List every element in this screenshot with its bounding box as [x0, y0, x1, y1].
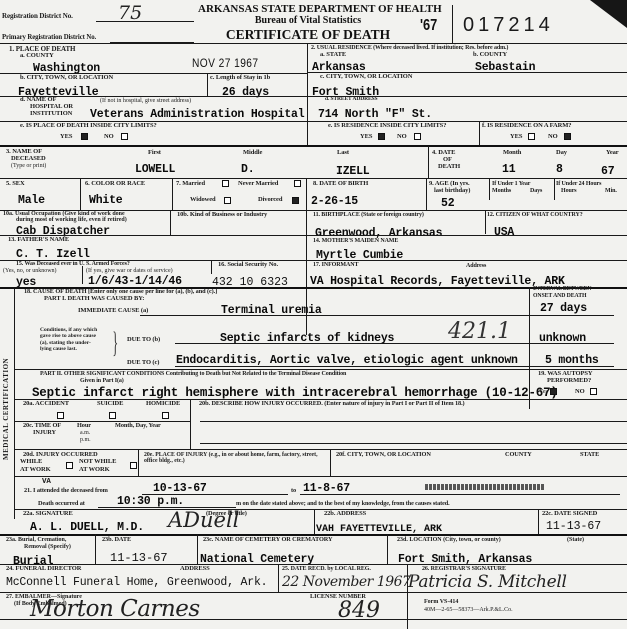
under-1-months-label: Months — [492, 188, 511, 194]
autopsy-yes-label: Yes — [539, 389, 548, 395]
part2-label: PART II. OTHER SIGNIFICANT CONDITIONS Co… — [40, 371, 346, 377]
signature-label: 22a. SIGNATURE — [23, 511, 73, 518]
farm-yes-checkbox[interactable] — [528, 133, 535, 140]
middle-name: D. — [241, 164, 254, 176]
father-name: C. T. Izell — [16, 249, 90, 261]
date-signed: 11-13-67 — [546, 520, 601, 533]
date-of-birth: 2-26-15 — [311, 196, 358, 208]
farm-yes-label: YES — [510, 134, 522, 141]
physician-signature: ADuell — [168, 510, 239, 531]
res-county-label: b. COUNTY — [473, 52, 507, 59]
time-injury-label-2: INJURY — [33, 430, 56, 436]
first-name: LOWELL — [135, 164, 175, 176]
divorced-checkbox[interactable] — [292, 197, 299, 204]
cemetery-label: 23c. NAME OF CEMETERY OR CREMATORY — [203, 537, 332, 543]
not-while-at-work-label: AT WORK — [79, 467, 110, 474]
pod-yes-label: YES — [60, 134, 72, 141]
not-while-label: NOT WHILE — [79, 459, 116, 466]
death-certificate: Registration District No. 75 Primary Reg… — [0, 0, 627, 629]
hours-label: Hours — [561, 188, 577, 194]
not-while-at-work-checkbox[interactable] — [130, 462, 137, 469]
pod-inside-city-no-checkbox[interactable] — [121, 133, 128, 140]
attended-to-label: to — [291, 488, 296, 494]
dod-label-3: DEATH — [438, 164, 460, 171]
disposition-label-1: 23a. Burial, Cremation, — [6, 537, 66, 543]
describe-injury-label: 20b. DESCRIBE HOW INJURY OCCURRED. (Ente… — [199, 401, 465, 407]
part2-conditions: Septic infarct right hemisphere with int… — [32, 387, 558, 400]
interval-a: 27 days — [540, 303, 587, 315]
name-label-3: (Type or print) — [11, 163, 46, 169]
burial-location-label: 23d. LOCATION (City, town, or county) — [397, 537, 501, 543]
physician-address-label: 22b. ADDRESS — [324, 511, 366, 518]
burial-date-label: 23b. DATE — [102, 537, 131, 543]
primary-registration-label: Primary Registration District No. — [2, 35, 96, 42]
occupation-label-2: during most of working life, even if ret… — [16, 217, 127, 223]
part2-label-2: Given in Part I(a) — [80, 378, 124, 384]
date-signed-label: 22c. DATE SIGNED — [542, 511, 597, 518]
race-label: 6. COLOR OR RACE — [85, 181, 145, 188]
suicide-label: SUICIDE — [97, 401, 123, 408]
race: White — [89, 195, 123, 207]
while-at-work-checkbox[interactable] — [66, 462, 73, 469]
dob-label: 8. DATE OF BIRTH — [313, 181, 368, 188]
certificate-number: 017214 — [463, 14, 554, 37]
attended-to: 11-8-67 — [303, 483, 350, 495]
minutes-label: Min. — [605, 188, 617, 194]
form-print-code: 40M—2-65—58373—Ark.P.&L.Co. — [424, 607, 513, 613]
dod-year: 67 — [601, 166, 614, 178]
under-1-days-label: Days — [530, 188, 542, 194]
attended-prefix: VA — [42, 479, 51, 487]
due-to-c-label: DUE TO (c) — [127, 360, 159, 367]
accident-label: 20a. ACCIDENT — [23, 401, 69, 408]
suicide-checkbox[interactable] — [109, 412, 116, 419]
farm-label: f. IS RESIDENCE ON A FARM? — [482, 123, 571, 130]
armed-forces-label-3: (If yes, give war or dates of service) — [86, 268, 173, 274]
interval-label-2: ONSET AND DEATH — [533, 294, 586, 300]
res-yes-label: YES — [360, 134, 372, 141]
injury-county-label: COUNTY — [505, 452, 532, 458]
attended-label: 21. I attended the deceased from — [24, 488, 108, 494]
autopsy-no-label: NO — [575, 389, 585, 396]
res-no-label: NO — [397, 134, 407, 141]
widowed-label: Widowed — [190, 197, 216, 204]
interval-label-1: INTERVAL BETWEEN — [533, 287, 592, 293]
hour-label: Hour — [77, 423, 91, 429]
conditions-note: Conditions, if any which gave rise to ab… — [40, 327, 102, 352]
attended-from: 10-13-67 — [153, 483, 207, 495]
disposition-label-2: Removal (Specify) — [24, 544, 71, 550]
hospital-note: (If not in hospital, give street address… — [100, 98, 191, 104]
ssn-label: 16. Social Security No. — [218, 262, 278, 269]
service-dates: 1/6/43-1/14/46 — [88, 276, 182, 288]
burial-state-label: (State) — [567, 537, 584, 543]
embalmer-signature: Morton Carnes — [30, 598, 200, 621]
married-label: 7. Married — [176, 181, 205, 188]
farm-no-label: NO — [548, 134, 558, 141]
res-inside-city-yes-checkbox[interactable] — [378, 133, 385, 140]
handwritten-code: 421.1 — [448, 321, 511, 343]
medical-certification-side-label: MEDICAL CERTIFICATION — [3, 358, 10, 460]
mdy-label: Month, Day, Year — [115, 423, 161, 429]
funeral-director-label: 24. FUNERAL DIRECTOR — [6, 566, 81, 573]
business-label: 10b. Kind of Business or Industry — [177, 212, 267, 219]
armed-forces-label-1: 15. Was Deceased ever in U. S. Armed For… — [16, 261, 130, 267]
age: 52 — [441, 198, 454, 210]
name-label-2: DECEASED — [11, 156, 46, 163]
pod-no-label: NO — [104, 134, 114, 141]
corner-mark — [590, 0, 627, 28]
never-married-label: Never Married — [238, 181, 278, 188]
place-injury-label: 20e. PLACE OF INJURY (e.g., in or about … — [144, 452, 324, 464]
farm-no-checkbox[interactable] — [564, 133, 571, 140]
death-occurred-label: Death occurred at — [38, 501, 85, 507]
stay-label: c. Length of Stay in 1b — [210, 75, 270, 82]
struck-out-text — [425, 484, 545, 490]
form-id: Form VS-414 — [424, 599, 458, 605]
res-state-label: a. STATE — [320, 52, 346, 59]
date-received-label: 25. DATE RECD. by LOCAL REG. — [282, 566, 371, 572]
burial-date: 11-13-67 — [110, 551, 168, 565]
dod-day: 8 — [556, 164, 563, 176]
injury-state-label: STATE — [580, 452, 599, 458]
accident-checkbox[interactable] — [57, 412, 64, 419]
bureau-title: Bureau of Vital Statistics — [198, 16, 418, 26]
middle-name-label: Middle — [243, 150, 262, 157]
autopsy-no-checkbox[interactable] — [590, 388, 597, 395]
while-label: WHILE — [20, 459, 42, 466]
birthplace-label: 11. BIRTHPLACE (State or foreign country… — [313, 212, 424, 218]
brace: } — [112, 326, 118, 360]
informant-address-label: Address — [466, 263, 486, 269]
under-24-hours-label: If Under 24 Hours — [556, 181, 601, 187]
citizen-label: 12. CITIZEN OF WHAT COUNTRY? — [487, 212, 583, 218]
year-mark: '67 — [420, 17, 437, 35]
date-received: 22 November 1967 — [282, 575, 410, 589]
res-inside-city-label: e. IS RESIDENCE INSIDE CITY LIMITS? — [328, 123, 446, 130]
mother-label: 14. MOTHER'S MAIDEN NAME — [313, 238, 398, 244]
informant-label: 17. INFORMANT — [313, 262, 358, 268]
pm-label: p.m. — [80, 437, 91, 443]
part1-label: PART I. DEATH WAS CAUSED BY: — [44, 296, 144, 303]
res-street: 714 North "F" St. — [318, 109, 432, 121]
sex: Male — [18, 195, 45, 207]
first-name-label: First — [148, 150, 161, 157]
interval-c: 5 months — [545, 355, 599, 367]
married-checkbox[interactable] — [222, 180, 229, 187]
last-name: IZELL — [336, 166, 370, 178]
never-married-checkbox[interactable] — [294, 180, 301, 187]
registrar-signature: Patricia S. Mitchell — [408, 574, 567, 591]
pod-county-label: a. COUNTY — [20, 53, 54, 60]
res-street-label: d. STREET ADDRESS — [325, 97, 377, 103]
death-time: 10:30 p.m. — [117, 496, 184, 508]
under-1-year-label: If Under 1 Year — [492, 181, 530, 187]
am-label: a.m. — [80, 430, 90, 436]
interval-b: unknown — [539, 333, 586, 345]
injury-city-label: 20f. CITY, TOWN, OR LOCATION — [336, 452, 431, 458]
age-label-2: last birthday) — [434, 188, 470, 195]
due-to-b: Septic infarcts of kidneys — [220, 333, 394, 345]
autopsy-yes-checkbox[interactable] — [550, 388, 557, 395]
res-inside-city-no-checkbox[interactable] — [414, 133, 421, 140]
widowed-checkbox[interactable] — [224, 197, 231, 204]
pod-city-label: b. CITY, TOWN, OR LOCATION — [20, 75, 113, 82]
dod-month-label: Month — [503, 150, 521, 157]
funeral-director: McConnell Funeral Home, Greenwood, Ark. — [6, 576, 267, 589]
pod-inside-city-yes-checkbox[interactable] — [81, 133, 88, 140]
homicide-checkbox[interactable] — [162, 412, 169, 419]
homicide-label: HOMICIDE — [146, 401, 180, 408]
pod-inside-city-label: e. IS PLACE OF DEATH INSIDE CITY LIMITS? — [20, 123, 157, 130]
on-date-statement: m on the date stated above; and to the b… — [236, 501, 450, 507]
dod-month: 11 — [502, 164, 515, 176]
citizen-country: USA — [494, 227, 514, 239]
immediate-cause-label: IMMEDIATE CAUSE (a) — [78, 308, 148, 315]
informant: VA Hospital Records, Fayetteville, ARK — [310, 276, 565, 288]
immediate-cause: Terminal uremia — [221, 305, 322, 317]
armed-forces-label-2: (Yes, no, or unknown) — [3, 268, 57, 274]
autopsy-label-2: PERFORMED? — [547, 378, 591, 385]
dod-year-label: Year — [606, 150, 619, 157]
registration-district-label: Registration District No. — [2, 13, 73, 20]
due-to-c: Endocarditis, Aortic valve, etiologic ag… — [176, 355, 518, 367]
registration-district-value: 75 — [118, 4, 142, 23]
divorced-label: Divorced — [258, 197, 282, 204]
res-city-label: c. CITY, TOWN, OR LOCATION — [320, 74, 412, 81]
due-to-b-label: DUE TO (b) — [127, 337, 160, 344]
funeral-director-address-label: ADDRESS — [180, 566, 210, 573]
certificate-title: CERTIFICATE OF DEATH — [198, 28, 418, 42]
sex-label: 5. SEX — [6, 181, 25, 188]
father-label: 13. FATHER'S NAME — [8, 237, 69, 244]
dod-day-label: Day — [556, 150, 567, 157]
while-at-work-label: AT WORK — [20, 467, 51, 474]
physician-name: A. L. DUELL, M.D. — [30, 522, 144, 534]
received-date-stamp: NOV 27 1967 — [192, 56, 258, 70]
dept-title: ARKANSAS STATE DEPARTMENT OF HEALTH — [198, 4, 418, 15]
last-name-label: Last — [337, 150, 349, 157]
hospital-label-3: INSTITUTION — [30, 111, 72, 118]
hospital-name: Veterans Administration Hospital — [90, 109, 304, 121]
